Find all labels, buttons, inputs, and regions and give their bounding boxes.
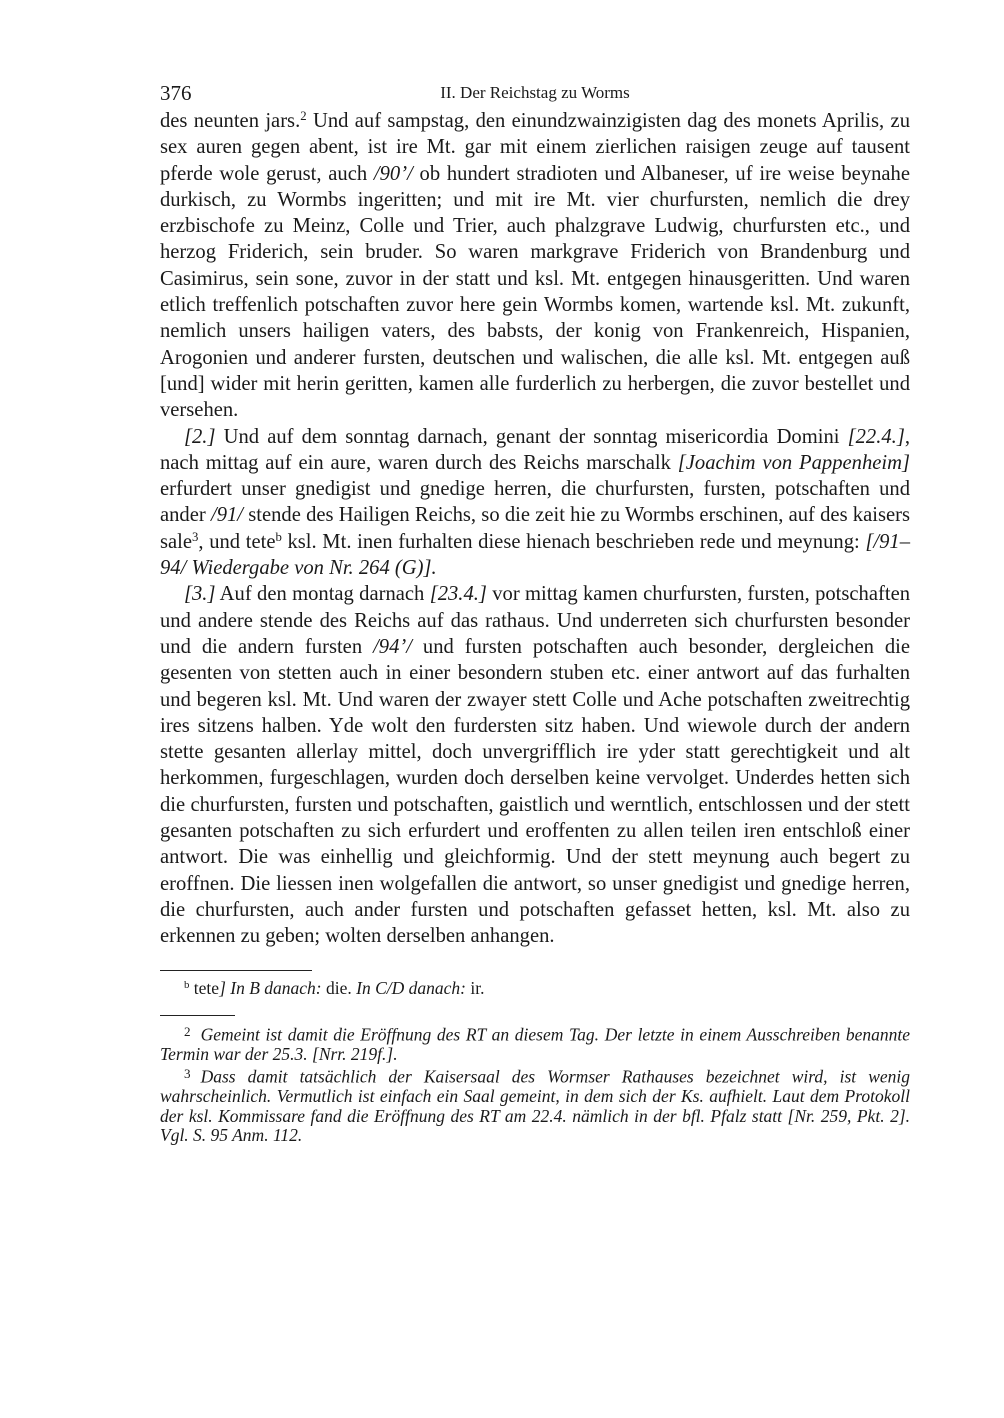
paragraph-1: des neunten jars.2 Und auf sampstag, den… xyxy=(160,108,910,424)
paragraph-2: [2.] Und auf dem sonntag darnach, genant… xyxy=(160,424,910,582)
footnote-number: 3 xyxy=(184,1066,191,1081)
document-page: 376 II. Der Reichstag zu Worms des neunt… xyxy=(160,78,910,1146)
critical-apparatus-note: b tete] In B danach: die. In C/D danach:… xyxy=(160,977,910,999)
section-number: [3.] xyxy=(184,583,215,605)
date-annotation: [23.4.] xyxy=(430,583,487,605)
footnotes: 2Gemeint ist damit die Eröffnung des RT … xyxy=(160,1022,910,1146)
date-annotation: [22.4.] xyxy=(848,426,905,448)
editorial-insertion: [Joachim von Pappenheim] xyxy=(678,452,910,474)
main-text: des neunten jars.2 Und auf sampstag, den… xyxy=(160,108,910,950)
folio-marker: /91/ xyxy=(211,504,243,526)
running-title: II. Der Reichstag zu Worms xyxy=(160,78,910,108)
footnote-number: 2 xyxy=(184,1024,191,1039)
footnote-2: 2Gemeint ist damit die Eröffnung des RT … xyxy=(160,1022,910,1065)
footnote-3: 3Dass damit tatsächlich der Kaisersaal d… xyxy=(160,1064,910,1146)
footnote-divider xyxy=(160,1015,235,1016)
running-head: 376 II. Der Reichstag zu Worms xyxy=(160,78,910,108)
section-number: [2.] xyxy=(184,426,215,448)
folio-marker: /90’/ xyxy=(374,163,413,185)
apparatus-divider xyxy=(160,970,312,971)
folio-marker: /94’/ xyxy=(373,636,412,658)
paragraph-3: [3.] Auf den montag darnach [23.4.] vor … xyxy=(160,581,910,949)
